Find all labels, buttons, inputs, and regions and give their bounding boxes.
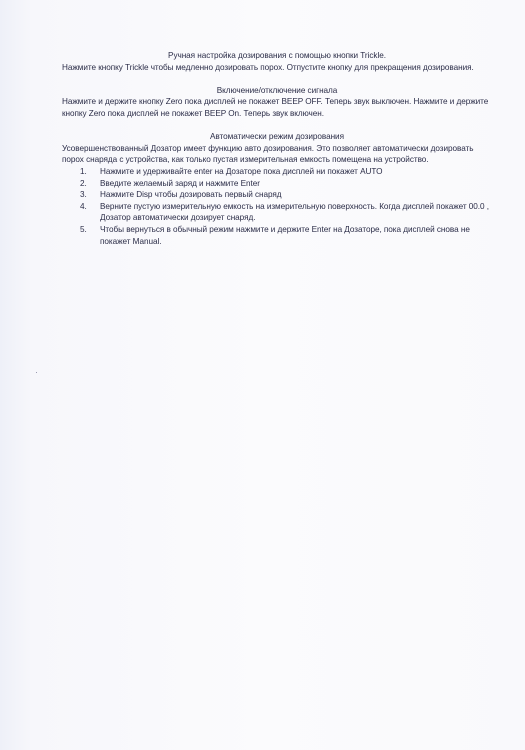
list-item: 1. Нажмите и удерживайте enter на Дозато…: [100, 166, 492, 178]
steps-list: 1. Нажмите и удерживайте enter на Дозато…: [62, 166, 492, 247]
spacer: [62, 120, 492, 132]
section-paragraph: Нажмите кнопку Trickle чтобы медленно до…: [62, 62, 492, 74]
step-number: 4.: [80, 201, 94, 213]
step-text: Введите желаемый заряд и нажмите Enter: [100, 179, 260, 188]
list-item: 3. Нажмите Disp чтобы дозировать первый …: [100, 189, 492, 201]
list-item: 2. Введите желаемый заряд и нажмите Ente…: [100, 178, 492, 190]
step-number: 2.: [80, 178, 94, 190]
step-text: Нажмите и удерживайте enter на Дозаторе …: [100, 167, 383, 176]
section-beep: Включение/отключение сигнала Нажмите и д…: [62, 85, 492, 120]
step-text: Чтобы вернуться в обычный режим нажмите …: [100, 225, 470, 246]
section-auto-mode: Автоматически режим дозирования Усоверше…: [62, 131, 492, 247]
scanned-document-page: Ручная настройка дозирования с помощью к…: [0, 0, 525, 750]
step-text: Нажмите Disp чтобы дозировать первый сна…: [100, 190, 282, 199]
list-item: 5. Чтобы вернуться в обычный режим нажми…: [100, 224, 492, 247]
section-paragraph: Нажмите и держите кнопку Zero пока диспл…: [62, 96, 492, 119]
section-paragraph: Усовершенствованный Дозатор имеет функци…: [62, 143, 492, 166]
step-text: Верните пустую измерительную емкость на …: [100, 202, 489, 223]
step-number: 1.: [80, 166, 94, 178]
spacer: [62, 73, 492, 85]
list-item: 4. Верните пустую измерительную емкость …: [100, 201, 492, 224]
section-heading: Автоматически режим дозирования: [62, 131, 492, 143]
section-heading: Включение/отключение сигнала: [62, 85, 492, 97]
section-heading: Ручная настройка дозирования с помощью к…: [62, 50, 492, 62]
step-number: 3.: [80, 189, 94, 201]
scan-artifact: [36, 372, 37, 373]
document-content: Ручная настройка дозирования с помощью к…: [62, 50, 492, 247]
step-number: 5.: [80, 224, 94, 236]
section-trickle: Ручная настройка дозирования с помощью к…: [62, 50, 492, 73]
